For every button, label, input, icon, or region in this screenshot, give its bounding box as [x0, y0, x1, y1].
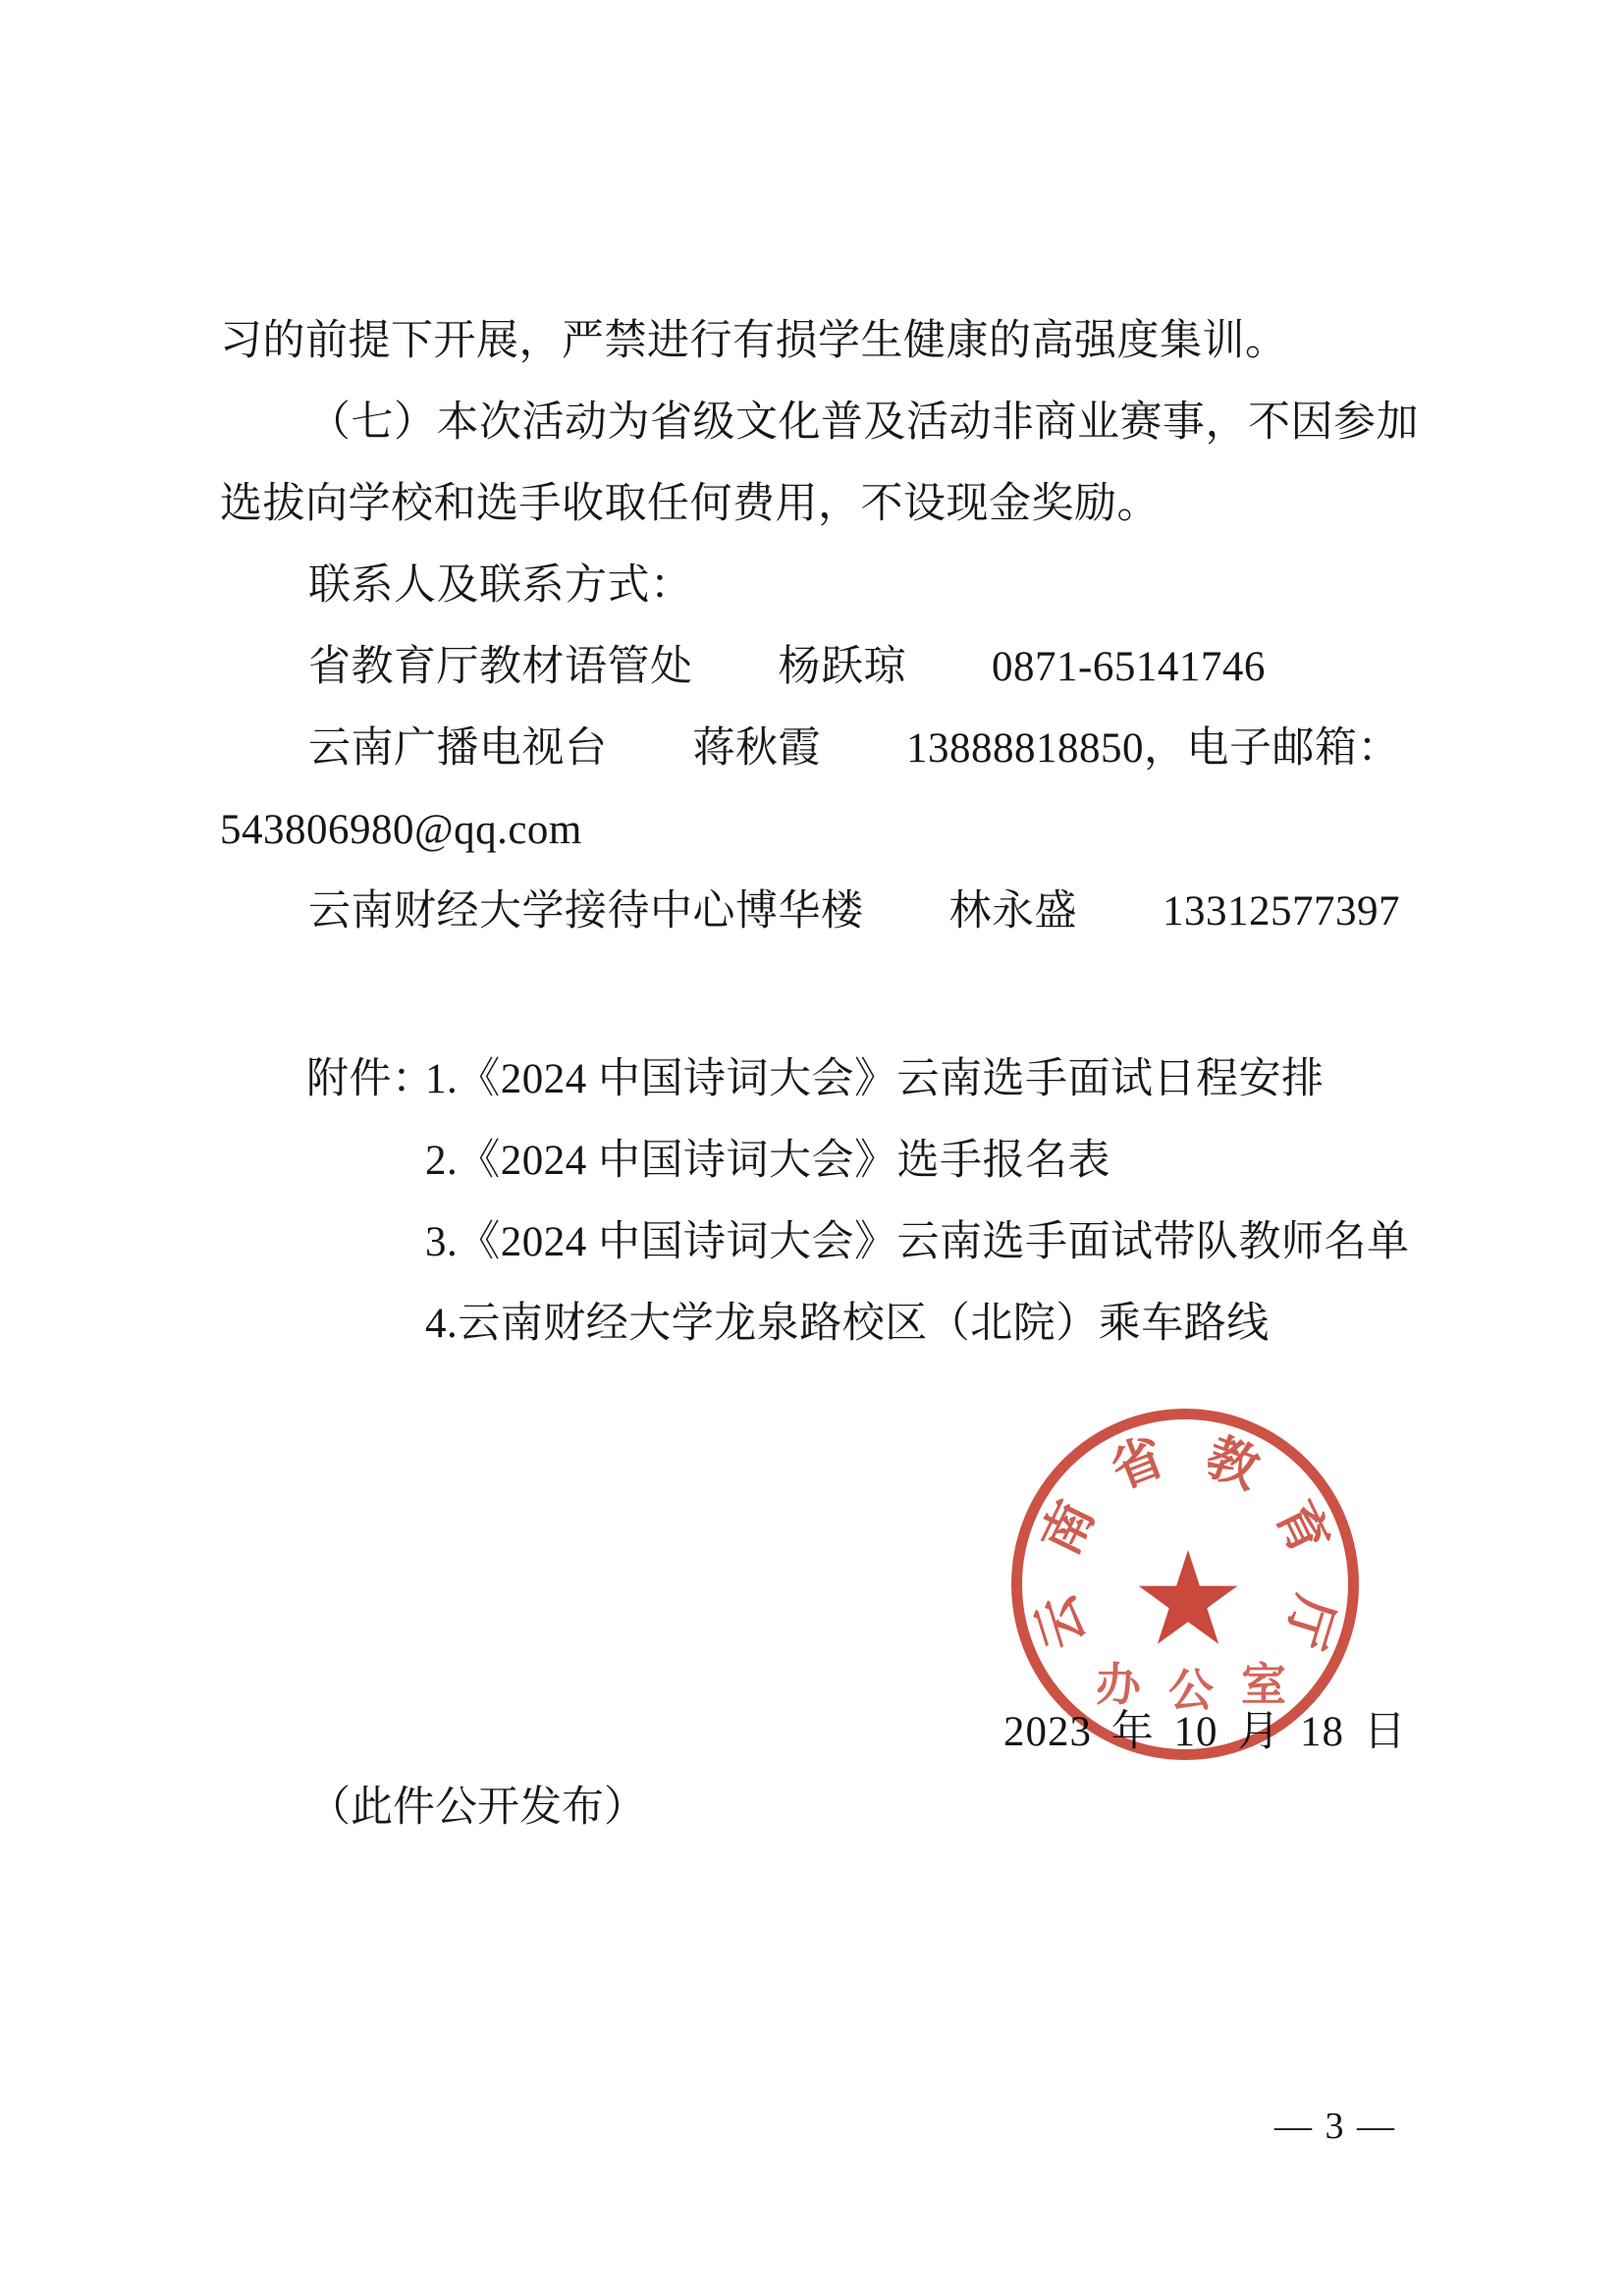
- document-page: 习的前提下开展，严禁进行有损学生健康的高强度集训。 （七）本次活动为省级文化普及…: [0, 0, 1624, 2296]
- seal-arc-char-6: 厅: [1274, 1589, 1343, 1654]
- seal-office-char-1: 办: [1096, 1660, 1143, 1710]
- contact-line-education-dept: 省教育厅教材语管处 杨跃琼 0871-65141746: [308, 640, 1266, 695]
- contact-heading-line: 联系人及联系方式：: [308, 559, 693, 614]
- attachment-item-4: 4.云南财经大学龙泉路校区（北院）乘车路线: [425, 1297, 1270, 1352]
- official-seal-stamp: 云 南 省 教 育 厅 办 公 室: [999, 1396, 1372, 1773]
- seal-arc-char-1: 云: [1028, 1589, 1097, 1654]
- attachment-item-3: 3.《2024 中国诗词大会》云南选手面试带队教师名单: [425, 1215, 1410, 1270]
- attachment-item-1: 1.《2024 中国诗词大会》云南选手面试日程安排: [425, 1052, 1325, 1107]
- paragraph-line-3: 选拔向学校和选手收取任何费用，不设现金奖励。: [220, 477, 1160, 532]
- paragraph-line-2: （七）本次活动为省级文化普及活动非商业赛事，不因参加: [308, 396, 1419, 451]
- seal-office-char-2: 公: [1168, 1666, 1214, 1716]
- page-number: — 3 —: [1262, 2105, 1409, 2148]
- seal-arc-char-4: 教: [1198, 1428, 1267, 1500]
- seal-office-char-3: 室: [1241, 1660, 1286, 1710]
- seal-star-icon: [1139, 1550, 1238, 1644]
- public-release-note: （此件公开发布）: [308, 1781, 646, 1836]
- contact-line-university: 云南财经大学接待中心博华楼 林永盛 13312577397: [308, 884, 1400, 939]
- attachment-item-2: 2.《2024 中国诗词大会》选手报名表: [425, 1134, 1110, 1189]
- seal-arc-char-3: 省: [1104, 1428, 1171, 1500]
- attachments-label: 附件：: [306, 1052, 435, 1107]
- contact-line-tv-station: 云南广播电视台 蒋秋霞 13888818850，电子邮箱：: [308, 721, 1400, 776]
- contact-line-email: 543806980@qq.com: [220, 803, 582, 858]
- paragraph-line-1: 习的前提下开展，严禁进行有损学生健康的高强度集训。: [220, 314, 1288, 369]
